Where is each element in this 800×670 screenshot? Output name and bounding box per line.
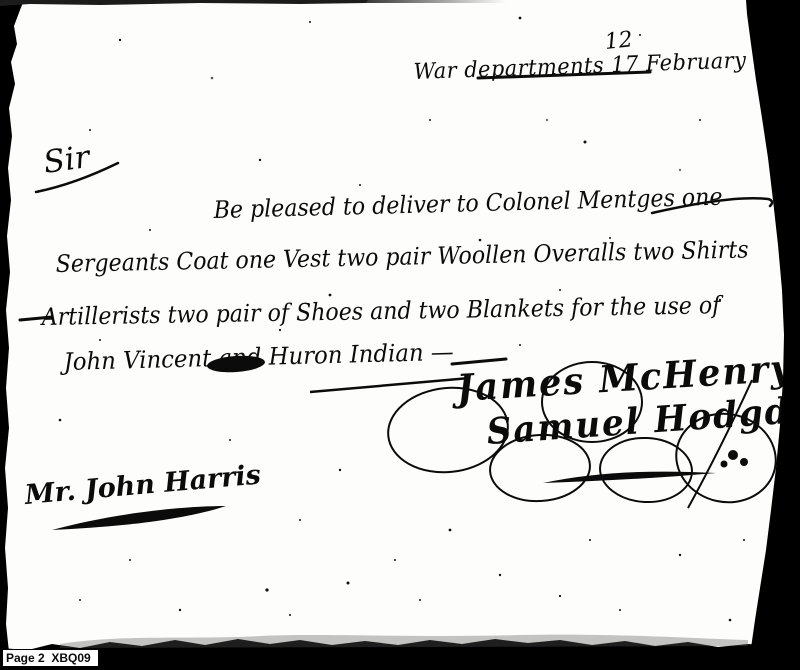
addressee-underline — [52, 506, 226, 530]
scan-border-top-fade — [366, 0, 506, 3]
scanned-letter-page: War departments 17 February 1800. 12 Sir… — [0, 0, 800, 670]
body-line-4: John Vincent and Huron Indian — — [63, 340, 454, 374]
scan-border-bottom-smear — [60, 635, 748, 648]
body-line-2: Sergeants Coat one Vest two pair Woollen… — [55, 237, 748, 276]
signature-dash — [543, 472, 716, 483]
scan-border-left — [0, 0, 24, 670]
dateline-correction: 12 — [604, 29, 634, 54]
scan-border-bottom — [0, 639, 800, 670]
scan-border-right — [746, 0, 800, 670]
body-line-3: Artillerists two pair of Shoes and two B… — [42, 293, 721, 329]
salutation: Sir — [42, 142, 92, 179]
scan-border-top — [0, 0, 368, 6]
signature-ink-blots — [721, 450, 749, 468]
scan-artifacts-layer — [0, 0, 800, 670]
page-label: Page 2 XBQ09 — [2, 649, 99, 667]
body-line-1: Be pleased to deliver to Colonel Mentges… — [213, 185, 722, 222]
addressee: Mr. John Harris — [24, 461, 262, 509]
